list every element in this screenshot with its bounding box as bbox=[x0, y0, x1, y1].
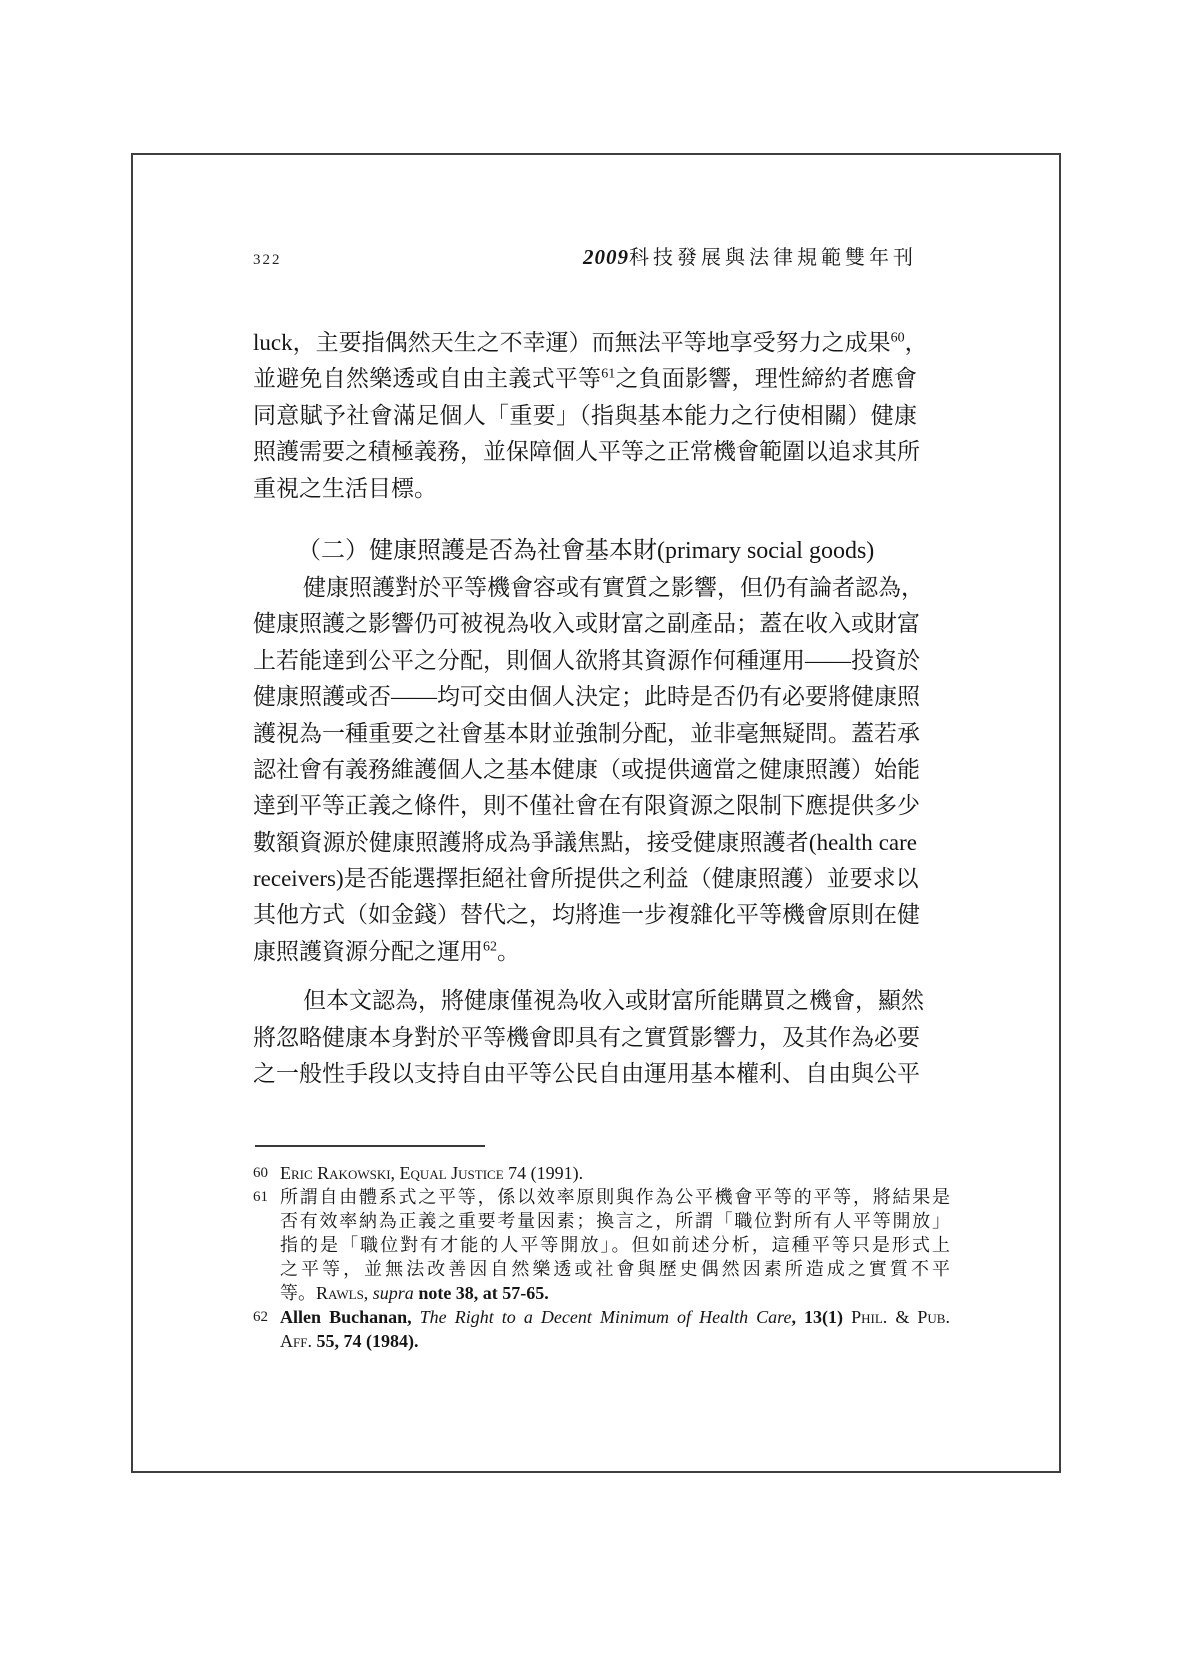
text-line: luck，主要指偶然天生之不幸運）而無法平等地享受努力之成果60， bbox=[253, 325, 917, 361]
text-line: 康照護資源分配之運用62。 bbox=[253, 934, 917, 970]
citation-journal: Aff. bbox=[280, 1331, 312, 1351]
text-line: 健康照護或否——均可交由個人決定；此時是否仍有必要將健康照 bbox=[253, 679, 917, 715]
citation-journal: Phil. & Pub. bbox=[851, 1307, 950, 1327]
footnote-number: 60 bbox=[253, 1161, 280, 1185]
footnote-line: 否有效率納為正義之重要考量因素；換言之，所謂「職位對所有人平等開放」 bbox=[280, 1209, 950, 1233]
text-line: 護視為一種重要之社會基本財並強制分配，並非毫無疑問。蓋若承 bbox=[253, 716, 917, 752]
document-canvas: { "header": { "page_number": "322", "jou… bbox=[0, 0, 1177, 1664]
citation-pages: note 38, at 57-65. bbox=[414, 1283, 549, 1303]
section-heading: （二）健康照護是否為社會基本財(primary social goods) bbox=[253, 533, 917, 570]
section-heading-en: (primary social goods) bbox=[657, 538, 874, 564]
section-heading-zh: （二）健康照護是否為社會基本財 bbox=[297, 538, 657, 564]
text-segment: , bbox=[364, 1283, 373, 1303]
paragraph-3: 但本文認為，將健康僅視為收入或財富所能購買之機會，顯然 將忽略健康本身對於平等機… bbox=[253, 983, 917, 1092]
footnote-line: 所謂自由體系式之平等，係以效率原則與作為公平機會平等的平等，將結果是 bbox=[280, 1185, 950, 1209]
paragraph-2: 健康照護對於平等機會容或有實質之影響，但仍有論者認為， 健康照護之影響仍可被視為… bbox=[253, 570, 917, 970]
citation-volume: , 13(1) bbox=[791, 1307, 851, 1327]
footnote-line: Eric Rakowski, Equal Justice 74 (1991). bbox=[280, 1161, 950, 1185]
text-line: 達到平等正義之條件，則不僅社會在有限資源之限制下應提供多少 bbox=[253, 788, 917, 824]
footnote-ref-62: 62 bbox=[483, 939, 497, 954]
citation-rest: 74 (1991). bbox=[504, 1163, 584, 1183]
footnote-line: 指的是「職位對有才能的人平等開放」。但如前述分析，這種平等只是形式上 bbox=[280, 1233, 950, 1257]
journal-title-text: 科技發展與法律規範雙年刊 bbox=[629, 247, 917, 269]
journal-year: 2009 bbox=[583, 245, 629, 269]
text-line: 數額資源於健康照護將成為爭議焦點，接受健康照護者(health care bbox=[253, 825, 917, 861]
paragraph-1: luck，主要指偶然天生之不幸運）而無法平等地享受努力之成果60， 並避免自然樂… bbox=[253, 325, 917, 507]
footnote-ref-61: 61 bbox=[601, 367, 615, 382]
text-line: 將忽略健康本身對於平等機會即具有之實質影響力，及其作為必要 bbox=[253, 1020, 917, 1056]
footnote-text: Eric Rakowski, Equal Justice 74 (1991). bbox=[280, 1161, 950, 1185]
footnotes: 60 Eric Rakowski, Equal Justice 74 (1991… bbox=[253, 1161, 953, 1353]
footnote-text: Allen Buchanan, The Right to a Decent Mi… bbox=[280, 1305, 950, 1353]
citation-author: Rawls bbox=[316, 1283, 364, 1303]
text-line: 並避免自然樂透或自由主義式平等61之負面影響，理性締約者應會 bbox=[253, 361, 917, 397]
text-line: 其他方式（如金錢）替代之，均將進一步複雜化平等機會原則在健 bbox=[253, 897, 917, 933]
text-segment: 等。 bbox=[280, 1283, 316, 1303]
text-line: 照護需要之積極義務，並保障個人平等之正常機會範圍以追求其所 bbox=[253, 434, 917, 470]
page-header: 322 2009科技發展與法律規範雙年刊 bbox=[253, 241, 917, 270]
text-line: 重視之生活目標。 bbox=[253, 471, 917, 507]
text-segment: 。 bbox=[497, 939, 520, 964]
footnote-line: 等。Rawls, supra note 38, at 57-65. bbox=[280, 1281, 950, 1305]
text-line: 健康照護之影響仍可被視為收入或財富之副產品；蓋在收入或財富 bbox=[253, 606, 917, 642]
citation-title: The Right to a Decent Minimum of Health … bbox=[412, 1307, 792, 1327]
footnote-line: Aff. 55, 74 (1984). bbox=[280, 1329, 950, 1353]
text-line: receivers)是否能選擇拒絕社會所提供之利益（健康照護）並要求以 bbox=[253, 861, 917, 897]
footnote-ref-60: 60 bbox=[891, 330, 905, 345]
text-line: 之一般性手段以支持自由平等公民自由運用基本權利、自由與公平 bbox=[253, 1056, 917, 1092]
footnote-62: 62 Allen Buchanan, The Right to a Decent… bbox=[253, 1305, 953, 1353]
page-number: 322 bbox=[253, 252, 282, 269]
footnote-text: 所謂自由體系式之平等，係以效率原則與作為公平機會平等的平等，將結果是 否有效率納… bbox=[280, 1185, 950, 1305]
text-segment: 之負面影響，理性締約者應會 bbox=[615, 366, 917, 391]
citation-pages: 55, 74 (1984). bbox=[312, 1331, 419, 1351]
text-line: 但本文認為，將健康僅視為收入或財富所能購買之機會，顯然 bbox=[253, 983, 917, 1019]
text-line: 上若能達到公平之分配，則個人欲將其資源作何種運用——投資於 bbox=[253, 643, 917, 679]
text-segment: 並避免自然樂透或自由主義式平等 bbox=[253, 366, 601, 391]
body-text: luck，主要指偶然天生之不幸運）而無法平等地享受努力之成果60， 並避免自然樂… bbox=[253, 325, 917, 1092]
journal-title: 2009科技發展與法律規範雙年刊 bbox=[583, 241, 917, 270]
footnote-61: 61 所謂自由體系式之平等，係以效率原則與作為公平機會平等的平等，將結果是 否有… bbox=[253, 1185, 953, 1305]
text-line: 認社會有義務維護個人之基本健康（或提供適當之健康照護）始能 bbox=[253, 752, 917, 788]
citation-supra: supra bbox=[373, 1283, 414, 1303]
footnote-number: 61 bbox=[253, 1185, 280, 1209]
text-segment: 康照護資源分配之運用 bbox=[253, 939, 483, 964]
footnote-line: Allen Buchanan, The Right to a Decent Mi… bbox=[280, 1305, 950, 1329]
text-line: 健康照護對於平等機會容或有實質之影響，但仍有論者認為， bbox=[253, 570, 917, 606]
text-segment: ， bbox=[905, 330, 928, 355]
footnote-number: 62 bbox=[253, 1305, 280, 1329]
citation-author: Allen Buchanan, bbox=[280, 1307, 412, 1327]
page: 322 2009科技發展與法律規範雙年刊 luck，主要指偶然天生之不幸運）而無… bbox=[131, 153, 1061, 1473]
footnote-line: 之平等，並無法改善因自然樂透或社會與歷史偶然因素所造成之實質不平 bbox=[280, 1257, 950, 1281]
footnote-separator bbox=[255, 1145, 485, 1147]
text-segment: luck，主要指偶然天生之不幸運）而無法平等地享受努力之成果 bbox=[253, 330, 891, 355]
footnote-60: 60 Eric Rakowski, Equal Justice 74 (1991… bbox=[253, 1161, 953, 1185]
citation-smallcaps: Eric Rakowski, Equal Justice bbox=[280, 1163, 504, 1183]
text-line: 同意賦予社會滿足個人「重要」（指與基本能力之行使相關）健康 bbox=[253, 398, 917, 434]
